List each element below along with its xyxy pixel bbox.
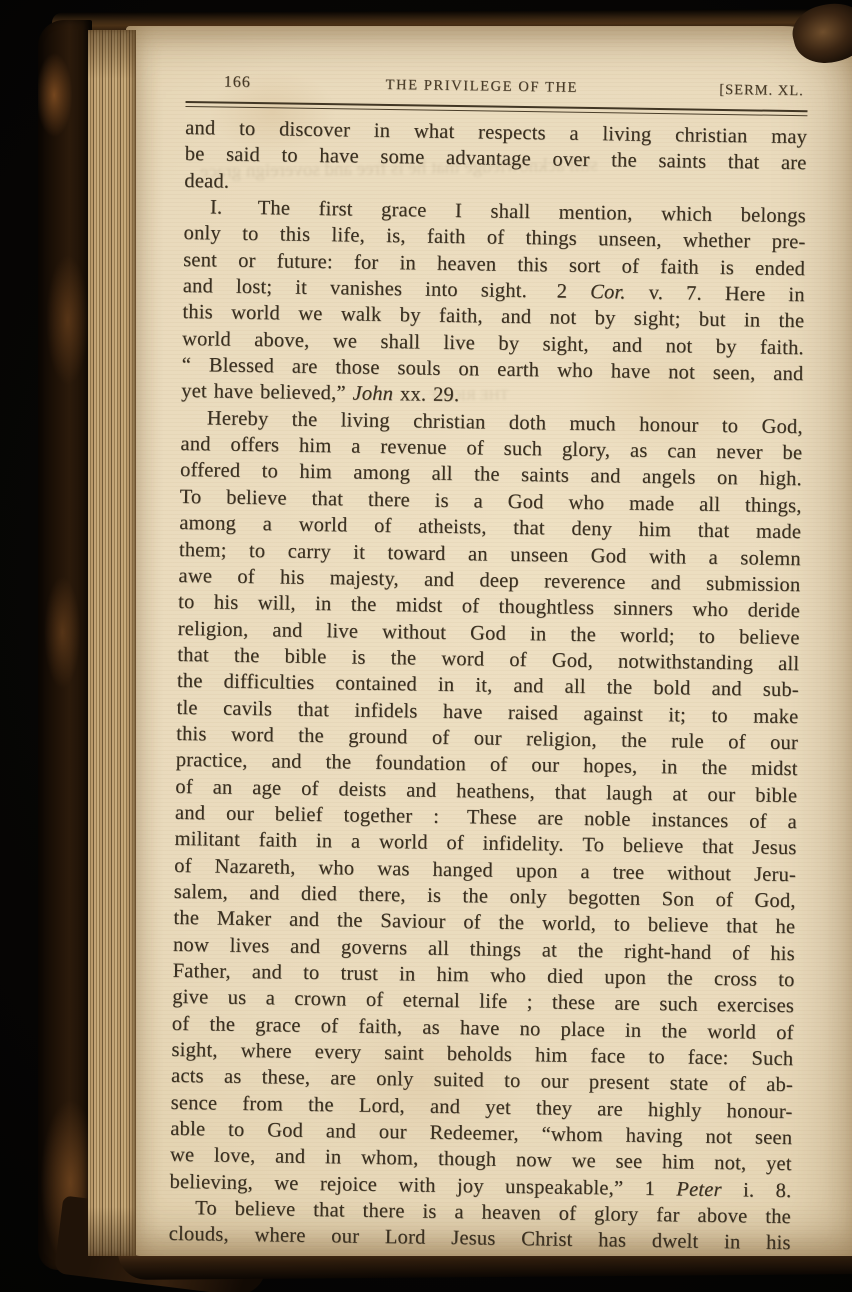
text-segment: are [781, 150, 807, 177]
text-segment: world [379, 829, 428, 856]
text-segment: revenue [380, 434, 447, 461]
text-segment: of [366, 987, 384, 1014]
text-segment: above, [254, 327, 310, 354]
header-rule [185, 101, 807, 116]
text-segment: sight, [171, 1037, 218, 1064]
text-segment: is [427, 883, 441, 910]
text-segment: infidelity. [482, 831, 564, 859]
text-segment: advantage [446, 145, 531, 173]
text-segment: the [173, 905, 199, 932]
text-segment: Jesus [752, 835, 797, 862]
text-segment: things [470, 936, 522, 963]
text-segment: have [443, 698, 483, 725]
text-segment: exercises [717, 992, 794, 1019]
text-segment: of [301, 775, 319, 802]
text-segment: those [335, 354, 380, 381]
text-segment: yet [485, 1094, 511, 1121]
text-segment: raised [508, 699, 559, 726]
text-segment: bold [653, 675, 691, 702]
text-segment: we [571, 1148, 596, 1175]
text-segment: the [577, 938, 603, 965]
text-segment: all [431, 461, 452, 488]
text-segment: can [667, 438, 696, 465]
text-segment: to [178, 589, 195, 616]
text-segment: Christ [521, 1227, 573, 1254]
text-segment: offered [180, 457, 241, 484]
text-segment: are [330, 1066, 356, 1093]
text-segment: no [519, 1016, 540, 1043]
text-segment: all [564, 674, 585, 701]
text-segment: God [267, 1117, 303, 1144]
text-segment: honour- [726, 1098, 792, 1125]
text-segment: eternal [403, 988, 461, 1015]
text-segment: tree [613, 859, 645, 886]
text-segment: unseen [510, 541, 569, 568]
text-segment: salem, [174, 879, 229, 906]
text-segment: an [213, 774, 233, 801]
text-segment: is [720, 255, 734, 282]
text-segment: rule [671, 728, 704, 755]
text-segment: glory, [562, 437, 611, 464]
text-segment: our [474, 725, 502, 752]
text-segment: heaven [437, 250, 497, 277]
text-segment: toward [387, 540, 446, 567]
text-segment: God [470, 620, 506, 647]
text-segment: much [569, 411, 616, 438]
text-segment: honour [639, 412, 699, 439]
text-segment: in [625, 1017, 642, 1044]
text-segment: deride [747, 598, 800, 625]
text-segment: earth [497, 357, 539, 384]
text-segment: ab- [766, 1072, 793, 1099]
text-segment: 8. [775, 1178, 791, 1205]
text-segment: which [661, 201, 712, 228]
text-segment: of [462, 593, 480, 620]
text-segment: what [414, 118, 455, 145]
text-segment: Nazareth, [214, 853, 295, 881]
text-segment: our [226, 801, 254, 828]
text-segment: rejoice [320, 1171, 378, 1198]
text-segment: in [438, 672, 455, 699]
text-segment: the [462, 883, 488, 910]
text-segment: we [333, 328, 358, 355]
text-segment: faith [660, 254, 699, 281]
text-segment: such [659, 991, 698, 1018]
text-segment: to [778, 967, 795, 994]
text-segment: only [509, 884, 547, 911]
text-segment: with [398, 1172, 436, 1199]
text-segment: shall [490, 199, 530, 226]
text-segment: world, [542, 911, 597, 938]
text-segment: Jesus [451, 1226, 496, 1253]
text-segment: said [226, 142, 260, 169]
text-segment: are [614, 991, 640, 1018]
text-segment: of [509, 647, 527, 674]
text-segment: beholds [447, 1041, 513, 1068]
section-label: [SERM. XL. [719, 80, 804, 101]
text-segment: and [513, 673, 544, 700]
text-segment: midst [396, 592, 443, 619]
text-segment: hopes, [583, 753, 638, 780]
text-segment: angels [642, 464, 696, 491]
text-segment: where [254, 1223, 305, 1250]
text-segment: to [699, 623, 716, 650]
text-segment: contained [335, 671, 417, 699]
text-segment: life, [331, 223, 365, 250]
text-segment: To [582, 832, 604, 859]
text-segment: there [362, 1198, 404, 1225]
text-segment: having [625, 1123, 682, 1150]
text-segment: his [766, 1230, 791, 1257]
text-segment: not [668, 359, 695, 386]
text-segment: believe [623, 833, 684, 860]
text-segment: to [228, 1117, 245, 1144]
text-segment: faith, [439, 303, 483, 330]
text-segment: a [454, 1199, 464, 1225]
text-segment: sight. [481, 277, 534, 304]
text-segment: of [776, 1020, 794, 1047]
italic-text-segment: Cor. [590, 279, 626, 306]
text-segment: belief [275, 801, 323, 828]
text-segment: never [716, 439, 763, 466]
text-segment: of [732, 940, 750, 967]
text-segment: state [670, 1071, 709, 1098]
text-segment: the [474, 462, 500, 489]
text-segment: have [611, 358, 651, 385]
text-segment: joy [457, 1173, 484, 1200]
text-segment: laugh [606, 780, 653, 807]
text-segment: the [611, 148, 637, 175]
text-segment: and [406, 777, 437, 804]
text-segment: world [298, 512, 347, 539]
text-segment: that [311, 486, 343, 513]
text-segment: thoughtless [498, 594, 594, 622]
text-segment: to [242, 221, 259, 248]
text-segment: yet have believed,” [181, 380, 353, 405]
text-segment: a [351, 434, 361, 460]
text-segment: are [597, 1096, 623, 1123]
text-segment: of [237, 564, 255, 591]
text-segment: not [549, 305, 576, 332]
text-segment: a [708, 544, 718, 570]
text-segment: all [699, 491, 720, 518]
text-segment: and [252, 959, 283, 986]
text-segment: who [692, 597, 728, 624]
text-segment: tle [176, 694, 197, 721]
text-segment: is [351, 644, 365, 671]
text-segment: of [559, 1201, 577, 1228]
text-segment: of [490, 752, 508, 779]
text-segment: that [297, 696, 329, 723]
text-segment: on [717, 465, 738, 492]
text-segment: all [778, 651, 799, 678]
text-segment: these, [262, 1065, 311, 1092]
text-segment: “whom [541, 1121, 603, 1148]
text-segment: acts [171, 1063, 204, 1090]
text-segment: the [298, 723, 324, 750]
text-segment: majesty, [329, 565, 399, 592]
text-segment: reverence [544, 568, 626, 596]
text-segment: have [319, 143, 359, 170]
text-segment: sight, [542, 331, 589, 358]
text-segment: to [239, 116, 256, 143]
text-segment: grace [381, 197, 427, 224]
text-segment: in [530, 621, 547, 648]
text-segment: to [614, 912, 631, 939]
text-segment: be [782, 440, 802, 467]
text-segment: vanishes [330, 275, 403, 302]
text-segment: Lord, [359, 1092, 405, 1119]
text-segment: and [275, 1144, 306, 1171]
text-segment: by [716, 334, 737, 361]
text-segment: by [594, 305, 615, 332]
text-segment: lost; [236, 274, 273, 301]
text-segment: them; [179, 536, 227, 563]
text-segment: who [568, 490, 604, 517]
text-segment: To [180, 484, 202, 511]
text-segment: sub- [763, 677, 799, 704]
text-segment: to [711, 702, 728, 729]
text-segment: unseen, [598, 227, 662, 254]
text-segment: Saviour [380, 908, 446, 935]
text-segment: and [612, 332, 643, 359]
text-segment: as [422, 1014, 440, 1041]
text-segment: and [249, 880, 280, 907]
text-segment: a [351, 829, 361, 855]
text-segment: or [238, 248, 256, 275]
text-segment: among [179, 510, 236, 537]
text-segment: begotten [568, 885, 641, 912]
text-segment: and [289, 907, 320, 934]
text-segment: him [299, 459, 332, 486]
text-segment: in [325, 1145, 342, 1172]
text-segment: in [374, 118, 391, 145]
text-segment: our [707, 781, 735, 808]
text-segment: right-hand [624, 938, 712, 966]
text-segment: the [325, 749, 351, 776]
text-segment: seen [755, 1125, 793, 1152]
text-segment: in [399, 961, 416, 988]
text-segment: of [728, 1072, 746, 1099]
text-segment: Such [751, 1046, 793, 1073]
text-segment: I. [210, 194, 230, 221]
text-segment: it [295, 275, 307, 302]
text-segment: believe [235, 1196, 296, 1223]
text-segment: heathens, [456, 778, 535, 806]
text-segment: in [315, 591, 332, 618]
text-segment: seen, [713, 360, 756, 387]
text-segment: unspeakable,” [505, 1174, 624, 1202]
text-segment: made [756, 519, 802, 546]
text-segment: instances [651, 807, 728, 834]
text-segment: face [590, 1043, 625, 1070]
text-segment: believing, [169, 1169, 253, 1197]
text-segment: the [209, 1011, 235, 1038]
text-segment: our [541, 1069, 569, 1096]
text-segment: of [728, 729, 746, 756]
text-segment: is, [386, 223, 406, 250]
text-segment: life [479, 989, 508, 1016]
text-segment: religion, [178, 615, 249, 642]
text-segment: our [531, 752, 559, 779]
text-segment: the [765, 1204, 791, 1231]
text-segment: deep [479, 567, 519, 594]
text-segment: be [185, 141, 205, 168]
text-segment: notwithstanding [618, 648, 753, 676]
text-segment: a [266, 986, 276, 1012]
text-segment: every [315, 1039, 362, 1066]
text-segment: our [331, 1224, 359, 1251]
text-segment: pre- [771, 229, 805, 256]
text-segment: The [257, 195, 290, 222]
text-segment: the [308, 1092, 334, 1119]
text-segment: the [621, 727, 647, 754]
text-segment: of [172, 1011, 190, 1038]
text-segment: of [175, 774, 193, 801]
text-segment: respects [478, 119, 546, 146]
text-segment: the [177, 668, 203, 695]
text-segment: word [441, 646, 484, 673]
text-segment: the [570, 621, 596, 648]
text-segment: at [542, 937, 558, 964]
text-segment: of [466, 435, 484, 462]
text-segment: difficulties [223, 669, 314, 697]
text-segment: whom, [361, 1145, 419, 1172]
text-segment: as [630, 438, 648, 465]
text-segment: bible [755, 782, 797, 809]
text-segment: of [749, 808, 767, 835]
page-text-block: 166 THE PRIVILEGE OF THE [SERM. XL. andt… [169, 72, 808, 1257]
text-segment: together [343, 802, 412, 829]
text-segment: highly [648, 1097, 702, 1124]
text-segment: who [490, 963, 526, 990]
text-segment: solemn [740, 545, 801, 572]
text-segment: that [313, 1197, 345, 1224]
text-segment: carry [288, 538, 331, 565]
text-segment: world; [620, 622, 675, 649]
text-segment: first [318, 196, 352, 223]
text-segment: present [589, 1069, 650, 1096]
text-segment: the [292, 406, 318, 433]
text-segment: trust [340, 960, 378, 987]
text-segment: grace [255, 1012, 301, 1039]
text-segment: a [580, 859, 590, 885]
text-segment: far [656, 1202, 680, 1229]
text-segment: saints [658, 148, 706, 175]
text-segment: and [183, 273, 214, 300]
text-segment: deny [571, 516, 612, 543]
text-segment: Hereby [207, 405, 269, 432]
text-segment: These [467, 804, 517, 831]
text-segment: was [377, 856, 410, 883]
text-segment: infidels [354, 697, 417, 724]
text-segment: a [263, 511, 273, 537]
text-segment: to [504, 1068, 521, 1095]
text-segment: bible [284, 643, 326, 670]
text-segment: him [662, 1150, 695, 1177]
page-fore-edges [88, 30, 136, 1256]
text-segment: to [648, 1044, 665, 1071]
text-segment: now [516, 1147, 552, 1174]
text-segment: militant [174, 826, 240, 853]
text-segment: the [778, 308, 804, 335]
text-segment: it [353, 539, 365, 566]
text-segment: of [463, 910, 481, 937]
text-segment: Jeru- [754, 861, 796, 888]
text-segment: may [771, 124, 807, 151]
text-segment: of [432, 725, 450, 752]
text-segment: not [705, 1124, 732, 1151]
text-segment: believe [648, 912, 709, 939]
text-segment: are [537, 805, 563, 832]
text-segment: things, [745, 492, 802, 519]
text-segment: ; [527, 990, 533, 1016]
text-segment: sort [569, 252, 601, 279]
text-segment: in [316, 828, 333, 855]
text-segment: : [433, 804, 446, 831]
text-segment: 7. [686, 281, 702, 308]
text-segment: but [699, 307, 726, 334]
text-segment: awe [178, 563, 212, 590]
text-segment: though [438, 1146, 497, 1173]
text-segment: I [455, 198, 462, 224]
text-segment: over [552, 147, 590, 174]
text-segment: give [172, 984, 208, 1011]
text-segment: v. [648, 280, 663, 307]
text-segment: of [621, 253, 639, 280]
text-segment: whether [683, 228, 751, 255]
text-segment: foundation [375, 750, 466, 778]
text-segment: to [303, 960, 320, 987]
text-segment: and [430, 1093, 461, 1120]
text-segment: a [569, 121, 579, 147]
text-segment: ground [348, 723, 408, 750]
text-segment: above [697, 1203, 747, 1230]
text-segment: we [170, 1142, 195, 1169]
text-segment: God, [761, 413, 803, 440]
text-segment: will, [258, 590, 296, 617]
text-segment: the [498, 910, 524, 937]
text-segment: his [214, 590, 239, 617]
text-segment: Here [725, 281, 766, 308]
italic-text-segment: Peter [676, 1176, 722, 1203]
text-segment: have [460, 1015, 500, 1042]
text-segment: we [274, 1170, 299, 1197]
text-segment: of [321, 1013, 339, 1040]
text-segment: sight; [634, 306, 681, 333]
text-segment: his [280, 564, 305, 591]
text-segment: cross [714, 966, 758, 993]
text-segment: we [298, 301, 323, 328]
text-segment: to [722, 413, 739, 440]
text-segment: and [272, 617, 303, 644]
text-segment: future: [277, 248, 333, 275]
text-segment: by [498, 330, 519, 357]
text-segment: and [180, 431, 211, 458]
text-segment: without [382, 619, 446, 646]
text-segment: him [638, 517, 671, 544]
text-segment: religion, [526, 726, 597, 753]
text-segment: doth [509, 410, 547, 437]
text-segment: and [290, 933, 321, 960]
text-segment: as [224, 1064, 242, 1091]
text-segment: suited [434, 1067, 485, 1094]
text-segment: dead. [184, 170, 229, 193]
text-segment: xx. 29. [393, 384, 459, 407]
text-segment: God [508, 489, 544, 516]
text-segment: that [555, 779, 587, 806]
text-segment: things [525, 225, 577, 252]
